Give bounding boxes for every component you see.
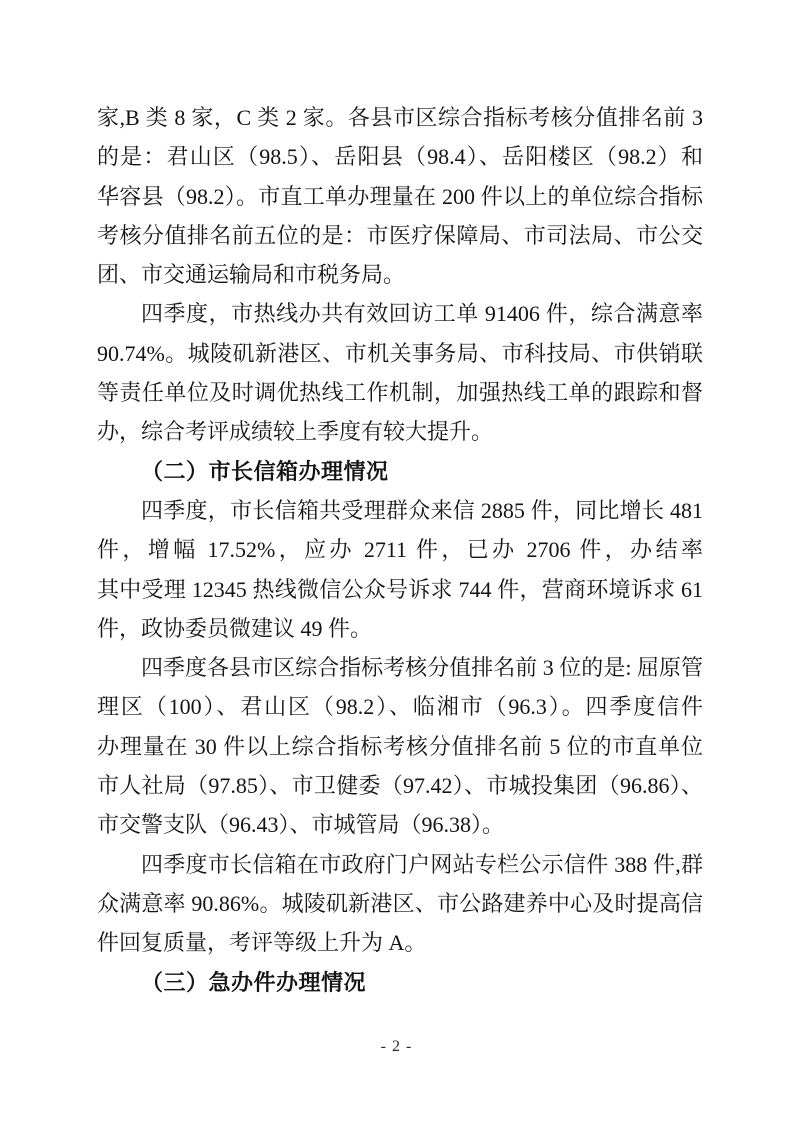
text-line: 等责任单位及时调优热线工作机制，加强热线工单的跟踪和督 [97,373,703,412]
paragraph: 四季度市长信箱在市政府门户网站专栏公示信件 388 件,群 众满意率 90.86… [97,845,703,963]
text-line: 理区（100）、君山区（98.2）、临湘市（96.3）。四季度信件 [97,687,703,726]
text-line: 考核分值排名前五位的是：市医疗保障局、市司法局、市公交集 [97,216,703,255]
text-line: 的是：君山区（98.5）、岳阳县（98.4）、岳阳楼区（98.2）和 [97,137,703,176]
text-line: 华容县（98.2）。市直工单办理量在 200 件以上的单位综合指标 [97,177,703,216]
text-line: 件回复质量，考评等级上升为 A。 [97,923,703,962]
text-line: 市交警支队（96.43）、市城管局（96.38）。 [97,805,703,844]
paragraph: 家,B 类 8 家，C 类 2 家。各县市区综合指标考核分值排名前 3 位 的是… [97,98,703,294]
text-line: 办，综合考评成绩较上季度有较大提升。 [97,412,703,451]
text-line: 其中受理 12345 热线微信公众号诉求 744 件，营商环境诉求 61 [97,570,703,609]
text-line: 众满意率 90.86%。城陵矶新港区、市公路建养中心及时提高信 [97,884,703,923]
text-line: 件，增幅 17.52%，应办 2711 件，已办 2706 件，办结率 99.8… [97,530,703,569]
paragraph: 四季度，市长信箱共受理群众来信 2885 件，同比增长 481 件，增幅 17.… [97,491,703,648]
text-line: 四季度市长信箱在市政府门户网站专栏公示信件 388 件,群 [97,845,703,884]
text-line: 四季度，市热线办共有效回访工单 91406 件，综合满意率 [97,294,703,333]
heading-text: （三）急办件办理情况 [97,963,703,1002]
heading-text: （二）市长信箱办理情况 [97,452,703,491]
document-page: 家,B 类 8 家，C 类 2 家。各县市区综合指标考核分值排名前 3 位 的是… [0,0,793,1122]
text-line: 家,B 类 8 家，C 类 2 家。各县市区综合指标考核分值排名前 3 位 [97,98,703,137]
text-line: 90.74%。城陵矶新港区、市机关事务局、市科技局、市供销联社 [97,334,703,373]
text-line: 四季度，市长信箱共受理群众来信 2885 件，同比增长 481 [97,491,703,530]
text-line: 件，政协委员微建议 49 件。 [97,609,703,648]
paragraph: 四季度各县市区综合指标考核分值排名前 3 位的是: 屈原管 理区（100）、君山… [97,648,703,844]
document-body: 家,B 类 8 家，C 类 2 家。各县市区综合指标考核分值排名前 3 位 的是… [97,98,703,1002]
text-line: 办理量在 30 件以上综合指标考核分值排名前 5 位的市直单位是: [97,727,703,766]
section-heading: （二）市长信箱办理情况 [97,452,703,491]
text-line: 四季度各县市区综合指标考核分值排名前 3 位的是: 屈原管 [97,648,703,687]
text-line: 团、市交通运输局和市税务局。 [97,255,703,294]
paragraph: 四季度，市热线办共有效回访工单 91406 件，综合满意率 90.74%。城陵矶… [97,294,703,451]
section-heading: （三）急办件办理情况 [97,963,703,1002]
text-line: 市人社局（97.85）、市卫健委（97.42）、市城投集团（96.86）、 [97,766,703,805]
page-number: - 2 - [0,1036,793,1058]
